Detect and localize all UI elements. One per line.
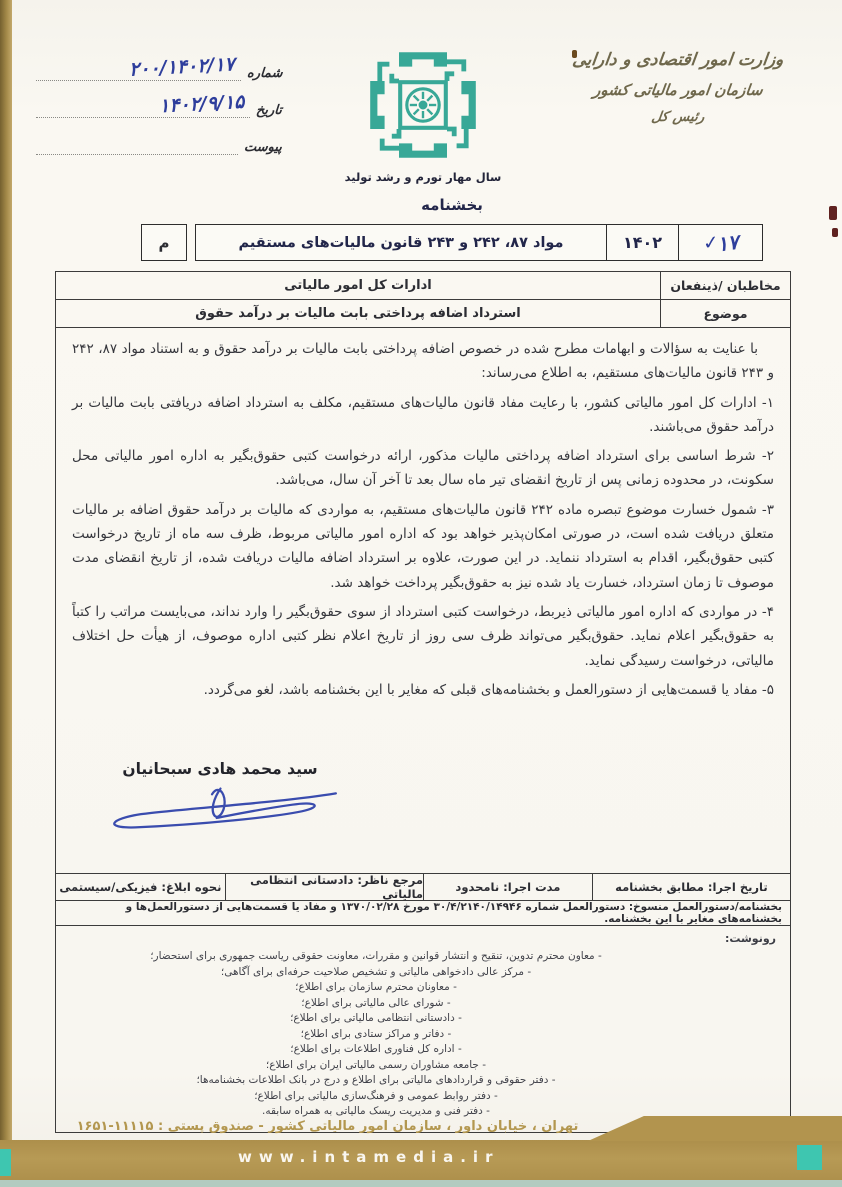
body-item-4: ۴- در مواردی که اداره امور مالیاتی ذیربط… (72, 600, 774, 673)
classification-table: ۱۷ ✓ ۱۴۰۲ مواد ۸۷، ۲۴۲ و ۲۴۳ قانون مالیا… (141, 224, 763, 261)
website-url: www.intamedia.ir (238, 1148, 499, 1166)
attachment-label: پیوست (238, 140, 283, 155)
addressee-label: مخاطبان /ذینفعان (660, 272, 790, 299)
subject-short-cell: مواد ۸۷، ۲۴۲ و ۲۴۳ قانون مالیات‌های مستق… (196, 225, 606, 260)
tax-organization-logo-icon (363, 44, 483, 166)
document-meta-block: شماره ۲۰۰/۱۴۰۲/۱۷ تاریخ ۱۴۰۲/۹/۱۵ پیوست (36, 44, 282, 155)
year-slogan: سال مهار تورم و رشد تولید (338, 170, 508, 184)
classification-main-box: ۱۷ ✓ ۱۴۰۲ مواد ۸۷، ۲۴۲ و ۲۴۳ قانون مالیا… (195, 224, 763, 261)
cc-item: دادستانی انتظامی مالیاتی برای اطلاع؛ (66, 1011, 686, 1027)
date-leader-line: ۱۴۰۲/۹/۱۵ (36, 81, 250, 118)
signature-scrawl-icon (88, 782, 353, 834)
letterhead-block: وزارت امور اقتصادی و دارایی سازمان امور … (544, 50, 812, 125)
scan-mark (572, 50, 577, 58)
cc-item: معاونان محترم سازمان برای اطلاع؛ (66, 980, 686, 996)
cc-item: دفتر حقوقی و قراردادهای مالیاتی برای اطل… (66, 1073, 686, 1089)
body-item-1: ۱- ادارات کل امور مالیاتی کشور، با رعایت… (72, 391, 774, 440)
teal-square-decoration (797, 1145, 822, 1170)
body-item-5: ۵- مفاد یا قسمت‌هایی از دستورالعمل و بخش… (72, 678, 774, 702)
number-label: شماره (240, 66, 283, 81)
number-value-handwritten: ۲۰۰/۱۴۰۲/۱۷ (128, 53, 235, 81)
signature-block: سید محمد هادی سبحانیان (80, 760, 360, 834)
subject-label: موضوع (660, 300, 790, 327)
category-cell: م (141, 224, 187, 261)
addressee-value: ادارات کل امور مالیاتی (56, 272, 660, 299)
cc-item: جامعه مشاوران رسمی مالیاتی ایران برای اط… (66, 1058, 686, 1074)
cc-item: دفاتر و مراکز ستادی برای اطلاع؛ (66, 1027, 686, 1043)
body-intro: با عنایت به سؤالات و ابهامات مطرح شده در… (72, 337, 774, 386)
cc-list: معاون محترم تدوین، تنقیح و انتشار قوانین… (66, 949, 686, 1120)
scan-bottom-edge (0, 1180, 842, 1187)
date-value-handwritten: ۱۴۰۲/۹/۱۵ (158, 91, 244, 117)
subject-row: موضوع استرداد اضافه پرداختی بابت مالیات … (56, 300, 790, 328)
cc-item: اداره کل فناوری اطلاعات برای اطلاع؛ (66, 1042, 686, 1058)
notification-method-cell: نحوه ابلاغ: فیزیکی/سیستمی (56, 874, 225, 900)
circular-body-text: با عنایت به سؤالات و ابهامات مطرح شده در… (56, 328, 790, 702)
teal-square-decoration (0, 1149, 11, 1176)
execution-table: تاریخ اجرا: مطابق بخشنامه مدت اجرا: نامح… (56, 873, 790, 926)
cc-item: معاون محترم تدوین، تنقیح و انتشار قوانین… (66, 949, 686, 965)
signer-name: سید محمد هادی سبحانیان (80, 760, 360, 778)
number-leader-line: ۲۰۰/۱۴۰۲/۱۷ (36, 44, 241, 81)
date-label: تاریخ (250, 103, 283, 118)
cc-item: دفتر فنی و مدیریت ریسک مالیاتی به همراه … (66, 1104, 686, 1120)
postal-address: تهران ، خیابان داور ، سازمان امور مالیات… (70, 1119, 585, 1134)
cc-block: رونوشت: معاون محترم تدوین، تنقیح و انتشا… (66, 932, 776, 1120)
execution-date-cell: تاریخ اجرا: مطابق بخشنامه (592, 874, 790, 900)
cc-label: رونوشت: (66, 932, 776, 945)
subject-value: استرداد اضافه پرداختی بابت مالیات بر درآ… (56, 300, 660, 327)
signer-role: رئیس کل (543, 109, 813, 125)
cc-item: دفتر روابط عمومی و فرهنگ‌سازی مالیاتی بر… (66, 1089, 686, 1105)
body-item-3: ۳- شمول خسارت موضوع تبصره ماده ۲۴۲ قانون… (72, 498, 774, 595)
cc-item: شورای عالی مالیاتی برای اطلاع؛ (66, 996, 686, 1012)
execution-duration-cell: مدت اجرا: نامحدود (423, 874, 592, 900)
handwritten-serial-cell: ۱۷ ✓ (678, 225, 762, 260)
document-body-frame: مخاطبان /ذینفعان ادارات کل امور مالیاتی … (55, 271, 791, 1133)
ministry-name: وزارت امور اقتصادی و دارایی (543, 50, 813, 70)
attachment-leader-line (36, 118, 238, 155)
number-row: شماره ۲۰۰/۱۴۰۲/۱۷ (36, 44, 282, 81)
body-item-2: ۲- شرط اساسی برای استرداد اضافه پرداختی … (72, 444, 774, 493)
scanned-tax-circular-page: شماره ۲۰۰/۱۴۰۲/۱۷ تاریخ ۱۴۰۲/۹/۱۵ پیوست (0, 0, 842, 1187)
scan-mark (832, 228, 838, 237)
check-icon: ✓ (702, 231, 720, 255)
document-type-title: بخشنامه (141, 196, 763, 214)
cc-item: مرکز عالی دادخواهی مالیاتی و تشخیص صلاحی… (66, 965, 686, 981)
execution-row: تاریخ اجرا: مطابق بخشنامه مدت اجرا: نامح… (56, 874, 790, 901)
repealed-directives-row: بخشنامه/دستورالعمل منسوخ: دستورالعمل شما… (56, 901, 790, 926)
addressee-row: مخاطبان /ذینفعان ادارات کل امور مالیاتی (56, 272, 790, 300)
supervisory-authority-cell: مرجع ناظر: دادستانی انتظامی مالیاتی (225, 874, 423, 900)
attachment-row: پیوست (36, 118, 282, 155)
date-row: تاریخ ۱۴۰۲/۹/۱۵ (36, 81, 282, 118)
scan-left-edge (0, 0, 12, 1187)
scan-mark (829, 206, 837, 220)
organization-name: سازمان امور مالیاتی کشور (543, 81, 813, 99)
year-cell: ۱۴۰۲ (606, 225, 678, 260)
